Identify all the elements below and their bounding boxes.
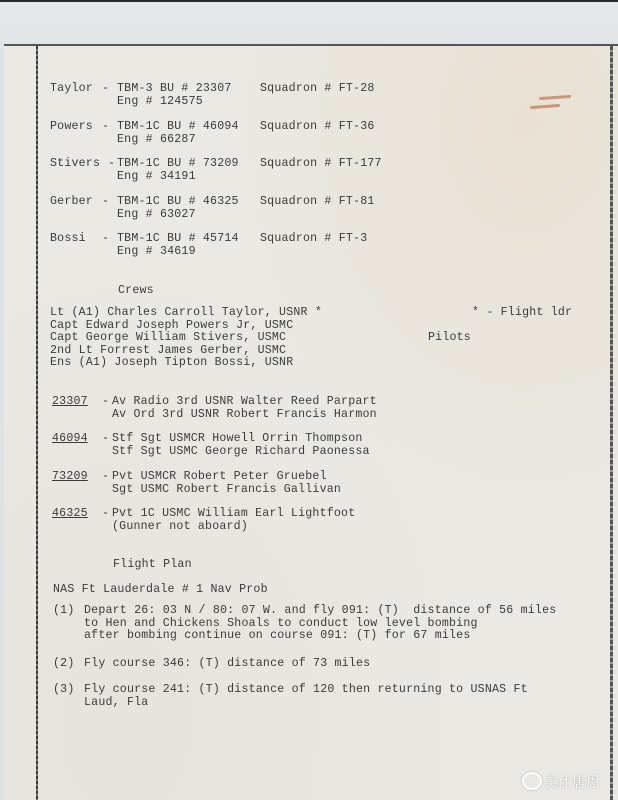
- scan-background: [0, 0, 618, 48]
- gunner-entry: (Gunner not aboard): [112, 521, 248, 534]
- flight-leader-footnote: * - Flight ldr: [472, 307, 572, 320]
- dash: -: [102, 233, 109, 246]
- flight-leg-text: Depart 26: 03 N / 80: 07 W. and fly 091:…: [84, 605, 556, 618]
- right-margin-line: [610, 46, 613, 800]
- aircraft-squadron: Squadron # FT-81: [260, 196, 375, 209]
- watermark: 美仕唐恩: [544, 772, 600, 792]
- aircraft-squadron: Squadron # FT-3: [260, 233, 367, 246]
- dash: -: [102, 83, 109, 96]
- flight-leg-text: Laud, Fla: [84, 697, 148, 710]
- pilot-entry: Ens (A1) Joseph Tipton Bossi, USNR: [50, 357, 293, 370]
- gunner-entry: Stf Sgt USMCR Howell Orrin Thompson: [112, 433, 363, 446]
- aircraft-pilot: Powers: [50, 121, 93, 134]
- gunner-entry: Stf Sgt USMC George Richard Paonessa: [112, 446, 370, 459]
- flight-leg-text: after bombing continue on course 091: (T…: [84, 630, 471, 643]
- aircraft-bureau-number: TBM-1C BU # 45714: [117, 233, 239, 246]
- paper-stain: [539, 95, 571, 100]
- aircraft-bureau-number: TBM-1C BU # 46094: [117, 121, 239, 134]
- aircraft-squadron: Squadron # FT-36: [260, 121, 375, 134]
- crews-heading: Crews: [118, 285, 154, 298]
- gunner-aircraft-bu: 23307: [52, 396, 88, 409]
- dash: -: [102, 471, 109, 484]
- gunner-aircraft-bu: 46094: [52, 433, 88, 446]
- aircraft-bureau-number: TBM-1C BU # 73209: [117, 158, 239, 171]
- aircraft-pilot: Stivers: [50, 158, 100, 171]
- gunner-entry: Av Radio 3rd USNR Walter Reed Parpart: [112, 396, 377, 409]
- pilot-entry: Capt George William Stivers, USMC: [50, 332, 286, 345]
- aircraft-engine-number: Eng # 66287: [117, 134, 196, 147]
- aircraft-pilot: Gerber: [50, 196, 93, 209]
- aircraft-pilot: Taylor: [50, 83, 93, 96]
- gunner-entry: Sgt USMC Robert Francis Gallivan: [112, 484, 341, 497]
- aircraft-engine-number: Eng # 124575: [117, 96, 203, 109]
- pilots-label: Pilots: [428, 332, 471, 345]
- gunner-aircraft-bu: 46325: [52, 508, 88, 521]
- weibo-icon: [522, 772, 542, 790]
- gunner-entry: Av Ord 3rd USNR Robert Francis Harmon: [112, 409, 377, 422]
- aircraft-squadron: Squadron # FT-28: [260, 83, 375, 96]
- flight-leg-text: Fly course 346: (T) distance of 73 miles: [84, 658, 370, 671]
- dash: -: [102, 396, 109, 409]
- aircraft-squadron: Squadron # FT-177: [260, 158, 382, 171]
- dash: -: [102, 196, 109, 209]
- aircraft-pilot: Bossi: [50, 233, 86, 246]
- dash: -: [108, 158, 115, 171]
- pilot-entry: Lt (A1) Charles Carroll Taylor, USNR *: [50, 307, 322, 320]
- dash: -: [102, 508, 109, 521]
- aircraft-engine-number: Eng # 34191: [117, 171, 196, 184]
- aircraft-engine-number: Eng # 34619: [117, 246, 196, 259]
- left-margin-line: [36, 46, 38, 800]
- flight-leg-text: Fly course 241: (T) distance of 120 then…: [84, 684, 528, 697]
- aircraft-bureau-number: TBM-3 BU # 23307: [117, 83, 232, 96]
- flight-leg-number: (3): [53, 684, 74, 697]
- dash: -: [102, 121, 109, 134]
- flight-leg-number: (1): [53, 605, 74, 618]
- dash: -: [102, 433, 109, 446]
- paper-stain: [530, 104, 560, 109]
- gunner-entry: Pvt USMCR Robert Peter Gruebel: [112, 471, 327, 484]
- aircraft-engine-number: Eng # 63027: [117, 209, 196, 222]
- gunner-aircraft-bu: 73209: [52, 471, 88, 484]
- aircraft-bureau-number: TBM-1C BU # 46325: [117, 196, 239, 209]
- flight-plan-heading: Flight Plan: [113, 559, 192, 572]
- flight-leg-number: (2): [53, 658, 74, 671]
- gunner-entry: Pvt 1C USMC William Earl Lightfoot: [112, 508, 355, 521]
- flight-plan-subtitle: NAS Ft Lauderdale # 1 Nav Prob: [53, 584, 268, 597]
